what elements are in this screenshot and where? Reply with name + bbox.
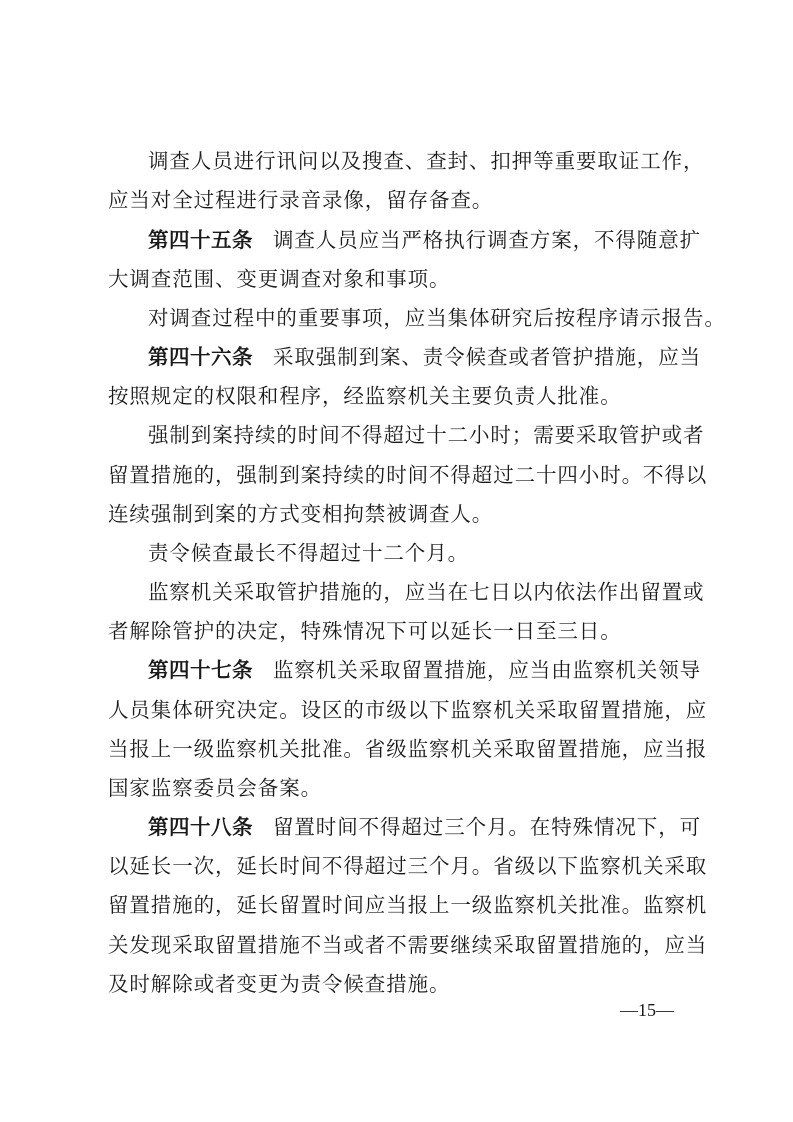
line-text: 以延长一次，延长时间不得超过三个月。省级以下监察机关采取: [108, 854, 707, 878]
text-line: 对调查过程中的重要事项，应当集体研究后按程序请示报告。: [148, 303, 728, 333]
line-text: 监察机关采取留置措施，应当由监察机关领导: [273, 658, 701, 682]
line-text: 采取强制到案、责令候查或者管护措施，应当: [273, 345, 701, 369]
line-text: 对调查过程中的重要事项，应当集体研究后按程序请示报告。: [148, 306, 726, 330]
line-text: 调查人员应当严格执行调查方案，不得随意扩: [273, 228, 701, 252]
text-line: 大调查范围、变更调查对象和事项。: [108, 264, 688, 294]
line-text: 留置时间不得超过三个月。在特殊情况下，可: [273, 815, 701, 839]
article-line: 第四十八条留置时间不得超过三个月。在特殊情况下，可: [148, 812, 728, 842]
text-line: 监察机关采取管护措施的，应当在七日以内依法作出留置或: [148, 577, 728, 607]
line-text: 人员集体研究决定。设区的市级以下监察机关采取留置措施，应: [108, 698, 707, 722]
line-text: 关发现采取留置措施不当或者不需要继续采取留置措施的，应当: [108, 933, 707, 957]
line-text: 责令候查最长不得超过十二个月。: [148, 541, 469, 565]
line-text: 应当对全过程进行录音录像，留存备查。: [108, 188, 493, 212]
line-text: 及时解除或者变更为责令候查措施。: [108, 972, 450, 996]
text-line: 及时解除或者变更为责令候查措施。: [108, 969, 688, 999]
text-line: 以延长一次，延长时间不得超过三个月。省级以下监察机关采取: [108, 851, 688, 881]
line-text: 强制到案持续的时间不得超过十二小时；需要采取管护或者: [148, 423, 704, 447]
text-line: 留置措施的，延长留置时间应当报上一级监察机关批准。监察机: [108, 890, 688, 920]
text-line: 人员集体研究决定。设区的市级以下监察机关采取留置措施，应: [108, 695, 688, 725]
text-line: 责令候查最长不得超过十二个月。: [148, 538, 728, 568]
article-line: 第四十七条监察机关采取留置措施，应当由监察机关领导: [148, 655, 728, 685]
article-line: 第四十五条调查人员应当严格执行调查方案，不得随意扩: [148, 225, 728, 255]
article-heading: 第四十八条: [148, 815, 253, 839]
article-line: 第四十六条采取强制到案、责令候查或者管护措施，应当: [148, 342, 728, 372]
line-text: 国家监察委员会备案。: [108, 776, 322, 800]
text-line: 留置措施的，强制到案持续的时间不得超过二十四小时。不得以: [108, 460, 688, 490]
text-line: 当报上一级监察机关批准。省级监察机关采取留置措施，应当报: [108, 734, 688, 764]
text-line: 强制到案持续的时间不得超过十二小时；需要采取管护或者: [148, 420, 728, 450]
line-text: 大调查范围、变更调查对象和事项。: [108, 267, 450, 291]
document-page: 调查人员进行讯问以及搜查、查封、扣押等重要取证工作， 应当对全过程进行录音录像，…: [0, 0, 793, 1122]
text-line: 按照规定的权限和程序，经监察机关主要负责人批准。: [108, 381, 688, 411]
line-text: 者解除管护的决定，特殊情况下可以延长一日至三日。: [108, 619, 622, 643]
line-text: 监察机关采取管护措施的，应当在七日以内依法作出留置或: [148, 580, 704, 604]
line-text: 当报上一级监察机关批准。省级监察机关采取留置措施，应当报: [108, 737, 707, 761]
line-text: 留置措施的，延长留置时间应当报上一级监察机关批准。监察机: [108, 893, 707, 917]
text-line: 国家监察委员会备案。: [108, 773, 688, 803]
text-line: 连续强制到案的方式变相拘禁被调查人。: [108, 499, 688, 529]
page-number: —15—: [620, 1000, 674, 1021]
text-line: 调查人员进行讯问以及搜查、查封、扣押等重要取证工作，: [148, 146, 728, 176]
line-text: 调查人员进行讯问以及搜查、查封、扣押等重要取证工作，: [148, 149, 704, 173]
text-line: 者解除管护的决定，特殊情况下可以延长一日至三日。: [108, 616, 688, 646]
article-heading: 第四十六条: [148, 345, 253, 369]
line-text: 连续强制到案的方式变相拘禁被调查人。: [108, 502, 493, 526]
article-heading: 第四十五条: [148, 228, 253, 252]
line-text: 按照规定的权限和程序，经监察机关主要负责人批准。: [108, 384, 622, 408]
text-line: 关发现采取留置措施不当或者不需要继续采取留置措施的，应当: [108, 930, 688, 960]
article-heading: 第四十七条: [148, 658, 253, 682]
line-text: 留置措施的，强制到案持续的时间不得超过二十四小时。不得以: [108, 463, 707, 487]
text-line: 应当对全过程进行录音录像，留存备查。: [108, 185, 688, 215]
